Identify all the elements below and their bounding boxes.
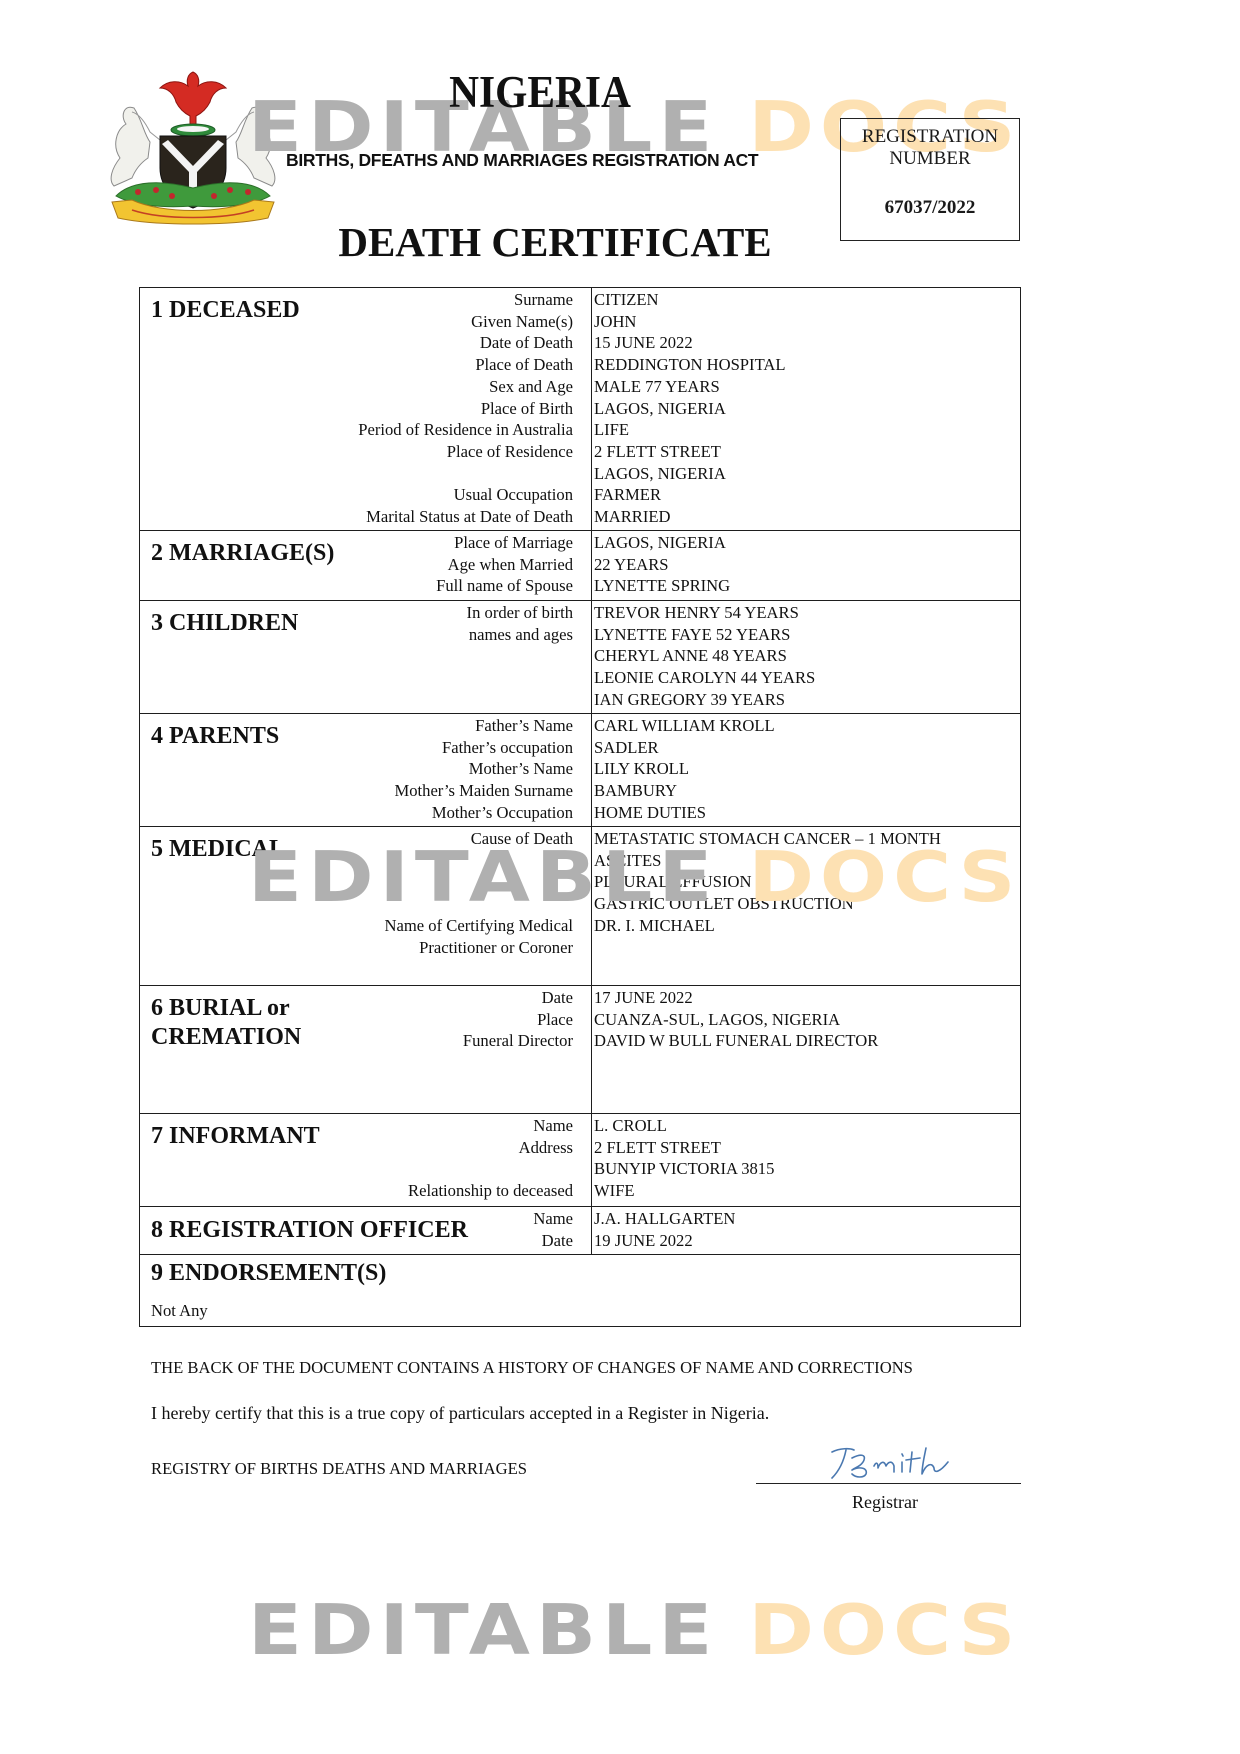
- table-row: IAN GREGORY 39 YEARS: [140, 689, 1020, 711]
- field-value: LYNETTE SPRING: [583, 575, 730, 597]
- section-rows: Place of MarriageLAGOS, NIGERIAAge when …: [140, 531, 1020, 597]
- certificate-table: 1 DECEASED SurnameCITIZENGiven Name(s)JO…: [139, 287, 1021, 1327]
- field-value: SADLER: [583, 737, 659, 759]
- section-burial-or-cremation: 6 BURIAL or CREMATION Date17 JUNE 2022Pl…: [140, 985, 1020, 1113]
- table-row: Place of MarriageLAGOS, NIGERIA: [140, 532, 1020, 554]
- nigeria-coat-of-arms-icon: [102, 68, 284, 228]
- field-value: CARL WILLIAM KROLL: [583, 715, 775, 737]
- field-value: 17 JUNE 2022: [583, 987, 693, 1009]
- table-row: Usual OccupationFARMER: [140, 484, 1020, 506]
- field-label: Practitioner or Coroner: [140, 937, 583, 959]
- table-row: Sex and AgeMALE 77 YEARS: [140, 376, 1020, 398]
- field-value: LEONIE CAROLYN 44 YEARS: [583, 667, 815, 689]
- section-rows: NameJ.A. HALLGARTENDate19 JUNE 2022: [140, 1207, 1020, 1251]
- table-row: Place of BirthLAGOS, NIGERIA: [140, 398, 1020, 420]
- field-value: 2 FLETT STREET: [583, 441, 721, 463]
- section-endorsements: 9 ENDORSEMENT(S) Not Any: [140, 1254, 1020, 1326]
- field-value: LAGOS, NIGERIA: [583, 398, 726, 420]
- table-row: Period of Residence in AustraliaLIFE: [140, 419, 1020, 441]
- table-row: Address2 FLETT STREET: [140, 1137, 1020, 1159]
- field-label: Place of Residence: [140, 441, 583, 463]
- field-value: IAN GREGORY 39 YEARS: [583, 689, 785, 711]
- section-rows: NameL. CROLLAddress2 FLETT STREETBUNYIP …: [140, 1114, 1020, 1202]
- table-row: SurnameCITIZEN: [140, 289, 1020, 311]
- field-label: Date: [140, 987, 583, 1009]
- field-label: Usual Occupation: [140, 484, 583, 506]
- field-label: Place of Marriage: [140, 532, 583, 554]
- field-value: HOME DUTIES: [583, 802, 706, 824]
- field-value: TREVOR HENRY 54 YEARS: [583, 602, 799, 624]
- field-value: LILY KROLL: [583, 758, 689, 780]
- watermark-word-docs: DOCS: [748, 1604, 1021, 1657]
- field-value: ASCITES: [583, 850, 661, 872]
- field-label: Sex and Age: [140, 376, 583, 398]
- registration-number: 67037/2022: [841, 197, 1019, 219]
- signature-line: [756, 1483, 1021, 1484]
- table-row: Mother’s OccupationHOME DUTIES: [140, 802, 1020, 824]
- section-title: 9 ENDORSEMENT(S): [151, 1259, 386, 1288]
- watermark-word-editable: EDITABLE: [248, 1604, 718, 1657]
- field-value: LIFE: [583, 419, 629, 441]
- field-label: Mother’s Maiden Surname: [140, 780, 583, 802]
- section-medical: 5 MEDICAL Cause of DeathMETASTATIC STOMA…: [140, 826, 1020, 985]
- field-label: Place: [140, 1009, 583, 1031]
- field-value: J.A. HALLGARTEN: [583, 1208, 735, 1230]
- section-children: 3 CHILDREN In order of birthTREVOR HENRY…: [140, 600, 1020, 713]
- field-label: Date of Death: [140, 332, 583, 354]
- table-row: Given Name(s)JOHN: [140, 311, 1020, 333]
- section-rows: SurnameCITIZENGiven Name(s)JOHNDate of D…: [140, 288, 1020, 528]
- table-row: Full name of SpouseLYNETTE SPRING: [140, 575, 1020, 597]
- country-heading: NIGERIA: [393, 66, 687, 118]
- field-label: Name of Certifying Medical: [140, 915, 583, 937]
- section-rows: Father’s NameCARL WILLIAM KROLLFather’s …: [140, 714, 1020, 824]
- section-marriages: 2 MARRIAGE(S) Place of MarriageLAGOS, NI…: [140, 530, 1020, 600]
- table-row: Date17 JUNE 2022: [140, 987, 1020, 1009]
- table-row: Father’s NameCARL WILLIAM KROLL: [140, 715, 1020, 737]
- table-row: Cause of DeathMETASTATIC STOMACH CANCER …: [140, 828, 1020, 850]
- section-informant: 7 INFORMANT NameL. CROLLAddress2 FLETT S…: [140, 1113, 1020, 1206]
- registrar-signature: [822, 1444, 957, 1482]
- field-value: CUANZA-SUL, LAGOS, NIGERIA: [583, 1009, 840, 1031]
- field-label: Place of Birth: [140, 398, 583, 420]
- table-row: Mother’s Maiden SurnameBAMBURY: [140, 780, 1020, 802]
- field-label: [140, 667, 583, 689]
- field-label: Name: [140, 1115, 583, 1137]
- registration-label: REGISTRATION NUMBER: [841, 126, 1019, 170]
- table-row: PLEURAL EFFUSION: [140, 871, 1020, 893]
- field-label: [140, 850, 583, 872]
- field-value: BAMBURY: [583, 780, 677, 802]
- field-value: PLEURAL EFFUSION: [583, 871, 752, 893]
- field-value: DAVID W BULL FUNERAL DIRECTOR: [583, 1030, 878, 1052]
- field-value: 15 JUNE 2022: [583, 332, 693, 354]
- field-value: BUNYIP VICTORIA 3815: [583, 1158, 774, 1180]
- field-label: Cause of Death: [140, 828, 583, 850]
- table-row: Father’s occupationSADLER: [140, 737, 1020, 759]
- field-label: [140, 645, 583, 667]
- table-row: Age when Married22 YEARS: [140, 554, 1020, 576]
- field-label: [140, 893, 583, 915]
- watermark-bottom: EDITABLEDOCS: [248, 1600, 1021, 1660]
- field-label: [140, 1158, 583, 1180]
- field-label: [140, 871, 583, 893]
- field-label: Mother’s Occupation: [140, 802, 583, 824]
- field-value: LYNETTE FAYE 52 YEARS: [583, 624, 790, 646]
- table-row: Name of Certifying MedicalDR. I. MICHAEL: [140, 915, 1020, 937]
- field-value: LAGOS, NIGERIA: [583, 532, 726, 554]
- field-value: MALE 77 YEARS: [583, 376, 720, 398]
- field-value: METASTATIC STOMACH CANCER – 1 MONTH: [583, 828, 941, 850]
- field-value: DR. I. MICHAEL: [583, 915, 715, 937]
- table-row: NameJ.A. HALLGARTEN: [140, 1208, 1020, 1230]
- history-notice: THE BACK OF THE DOCUMENT CONTAINS A HIST…: [151, 1358, 913, 1378]
- table-row: Place of Residence2 FLETT STREET: [140, 441, 1020, 463]
- field-label: Funeral Director: [140, 1030, 583, 1052]
- field-label: Address: [140, 1137, 583, 1159]
- table-row: names and agesLYNETTE FAYE 52 YEARS: [140, 624, 1020, 646]
- certification-statement: I hereby certify that this is a true cop…: [151, 1403, 769, 1424]
- table-row: CHERYL ANNE 48 YEARS: [140, 645, 1020, 667]
- field-label: Full name of Spouse: [140, 575, 583, 597]
- field-value: 2 FLETT STREET: [583, 1137, 721, 1159]
- field-label: Father’s Name: [140, 715, 583, 737]
- table-row: ASCITES: [140, 850, 1020, 872]
- registration-label-line2: NUMBER: [841, 148, 1019, 170]
- document-title: DEATH CERTIFICATE: [300, 218, 810, 266]
- field-value: REDDINGTON HOSPITAL: [583, 354, 786, 376]
- table-row: Practitioner or Coroner: [140, 937, 1020, 959]
- table-row: LAGOS, NIGERIA: [140, 463, 1020, 485]
- table-row: GASTRIC OUTLET OBSTRUCTION: [140, 893, 1020, 915]
- table-row: Date19 JUNE 2022: [140, 1230, 1020, 1252]
- table-row: LEONIE CAROLYN 44 YEARS: [140, 667, 1020, 689]
- registry-name: REGISTRY OF BIRTHS DEATHS AND MARRIAGES: [151, 1459, 527, 1479]
- registration-label-line1: REGISTRATION: [841, 126, 1019, 148]
- table-row: In order of birthTREVOR HENRY 54 YEARS: [140, 602, 1020, 624]
- field-label: Mother’s Name: [140, 758, 583, 780]
- table-row: Marital Status at Date of DeathMARRIED: [140, 506, 1020, 528]
- field-value: LAGOS, NIGERIA: [583, 463, 726, 485]
- field-label: Name: [140, 1208, 583, 1230]
- table-row: Mother’s NameLILY KROLL: [140, 758, 1020, 780]
- section-registration-officer: 8 REGISTRATION OFFICER NameJ.A. HALLGART…: [140, 1206, 1020, 1254]
- section-deceased: 1 DECEASED SurnameCITIZENGiven Name(s)JO…: [140, 288, 1020, 530]
- signatory-title: Registrar: [840, 1492, 930, 1513]
- field-value: GASTRIC OUTLET OBSTRUCTION: [583, 893, 854, 915]
- field-label: Date: [140, 1230, 583, 1252]
- field-value: 19 JUNE 2022: [583, 1230, 693, 1252]
- field-value: CITIZEN: [583, 289, 659, 311]
- act-subheading: BIRTHS, DFEATHS AND MARRIAGES REGISTRATI…: [286, 150, 826, 171]
- section-rows: Date17 JUNE 2022PlaceCUANZA-SUL, LAGOS, …: [140, 986, 1020, 1052]
- field-label: Given Name(s): [140, 311, 583, 333]
- table-row: Funeral DirectorDAVID W BULL FUNERAL DIR…: [140, 1030, 1020, 1052]
- field-label: [140, 689, 583, 711]
- field-value: MARRIED: [583, 506, 671, 528]
- field-value: FARMER: [583, 484, 661, 506]
- registration-number-box: REGISTRATION NUMBER 67037/2022: [840, 118, 1020, 241]
- field-label: Relationship to deceased: [140, 1180, 583, 1202]
- endorsement-note: Not Any: [151, 1301, 208, 1321]
- field-label: Age when Married: [140, 554, 583, 576]
- field-label: names and ages: [140, 624, 583, 646]
- section-rows: Cause of DeathMETASTATIC STOMACH CANCER …: [140, 827, 1020, 958]
- section-rows: In order of birthTREVOR HENRY 54 YEARSna…: [140, 601, 1020, 711]
- field-label: Place of Death: [140, 354, 583, 376]
- field-label: [140, 463, 583, 485]
- field-value: L. CROLL: [583, 1115, 667, 1137]
- field-value: CHERYL ANNE 48 YEARS: [583, 645, 787, 667]
- field-value: JOHN: [583, 311, 636, 333]
- field-value: WIFE: [583, 1180, 635, 1202]
- field-value: [583, 937, 594, 959]
- table-row: BUNYIP VICTORIA 3815: [140, 1158, 1020, 1180]
- field-label: Surname: [140, 289, 583, 311]
- field-label: Period of Residence in Australia: [140, 419, 583, 441]
- field-label: In order of birth: [140, 602, 583, 624]
- field-value: 22 YEARS: [583, 554, 669, 576]
- table-row: Place of DeathREDDINGTON HOSPITAL: [140, 354, 1020, 376]
- field-label: Marital Status at Date of Death: [140, 506, 583, 528]
- table-row: Relationship to deceasedWIFE: [140, 1180, 1020, 1202]
- table-row: NameL. CROLL: [140, 1115, 1020, 1137]
- section-parents: 4 PARENTS Father’s NameCARL WILLIAM KROL…: [140, 713, 1020, 826]
- table-row: Date of Death15 JUNE 2022: [140, 332, 1020, 354]
- table-row: PlaceCUANZA-SUL, LAGOS, NIGERIA: [140, 1009, 1020, 1031]
- field-label: Father’s occupation: [140, 737, 583, 759]
